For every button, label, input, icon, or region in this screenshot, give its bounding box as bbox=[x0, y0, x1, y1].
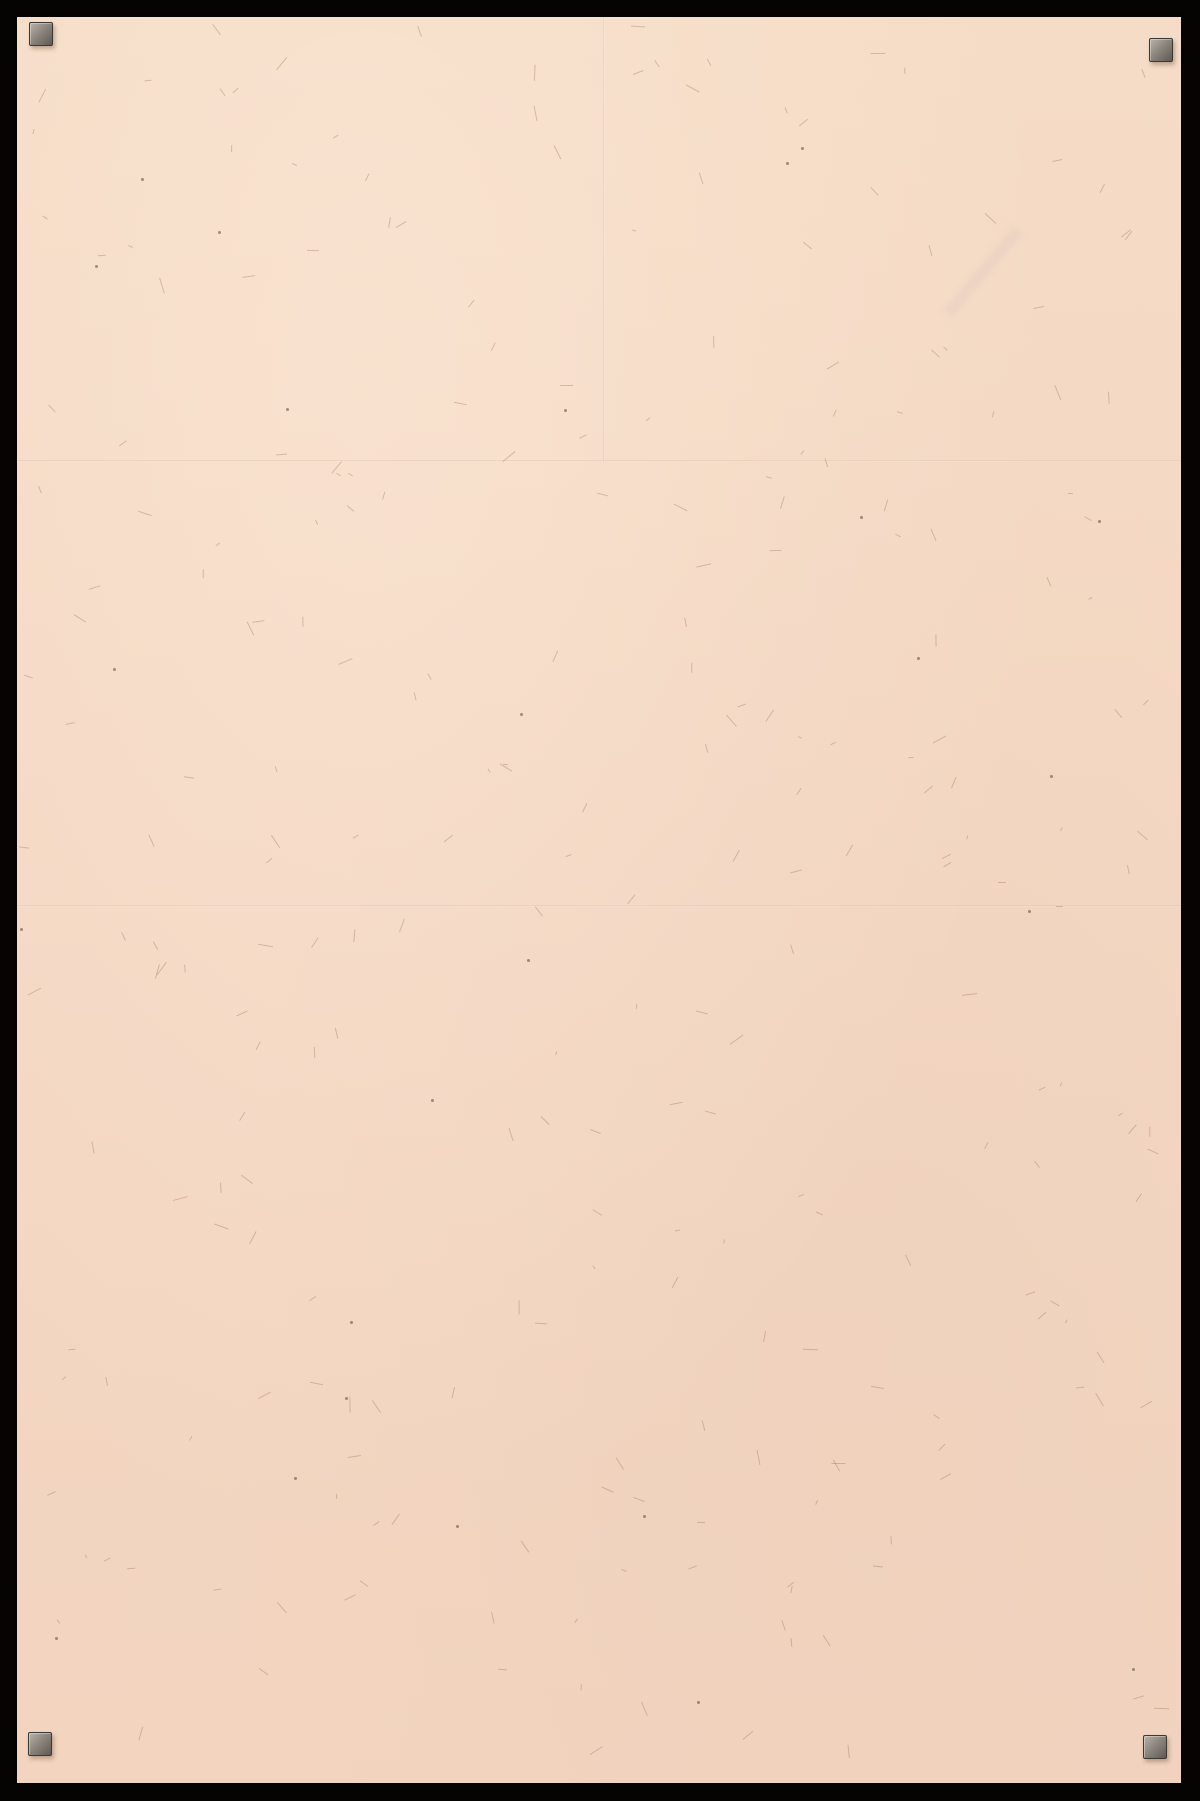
paper-fiber bbox=[816, 1212, 823, 1216]
paper-fiber bbox=[798, 1194, 804, 1197]
paper-speck bbox=[564, 409, 567, 412]
paper-fiber bbox=[675, 1229, 680, 1231]
paper-fiber bbox=[992, 411, 994, 417]
paper-fiber bbox=[871, 1385, 884, 1388]
paper-fiber bbox=[655, 60, 660, 67]
paper-fiber bbox=[57, 1619, 61, 1623]
paper-fiber bbox=[803, 1349, 818, 1351]
paper-fiber bbox=[519, 1300, 520, 1314]
paper-fiber bbox=[833, 1460, 840, 1472]
paper-fiber bbox=[360, 1580, 368, 1586]
paper-fiber bbox=[1148, 1149, 1159, 1155]
paper-fiber bbox=[696, 563, 711, 567]
paper-fiber bbox=[1047, 577, 1051, 586]
paper-fiber bbox=[1060, 1082, 1063, 1086]
paper-fiber bbox=[904, 68, 905, 74]
paper-fiber bbox=[1056, 906, 1063, 907]
paper-fiber bbox=[780, 496, 785, 509]
paper-speck bbox=[527, 959, 530, 962]
paper-fiber bbox=[684, 618, 687, 627]
paper-fiber bbox=[645, 418, 650, 422]
paper-fiber bbox=[236, 1010, 247, 1016]
paper-fiber bbox=[382, 491, 385, 499]
paper-fiber bbox=[492, 1612, 495, 1624]
paper-fiber bbox=[417, 26, 422, 37]
paper-fiber bbox=[566, 854, 572, 857]
paper-fiber bbox=[24, 675, 32, 679]
paper-fiber bbox=[454, 402, 467, 405]
paper-fiber bbox=[303, 616, 304, 626]
paper-speck bbox=[860, 516, 863, 519]
paper-fiber bbox=[277, 57, 288, 70]
paper-fiber bbox=[633, 70, 643, 75]
paper-fiber bbox=[1068, 493, 1073, 494]
paper-fiber bbox=[334, 1028, 338, 1039]
paper-fiber bbox=[582, 803, 587, 812]
paper-fiber bbox=[98, 255, 106, 257]
paper-fiber bbox=[1076, 1387, 1084, 1389]
horizontal-fold-line-upper bbox=[17, 460, 1181, 462]
paper-fiber bbox=[174, 1196, 189, 1201]
paper-fiber bbox=[670, 1102, 682, 1105]
paper-fiber bbox=[27, 987, 41, 995]
paper-fiber bbox=[756, 1450, 760, 1465]
paper-fiber bbox=[702, 1420, 706, 1431]
paper-speck bbox=[786, 162, 789, 165]
paper-fiber bbox=[1133, 1695, 1144, 1699]
paper-speck bbox=[801, 147, 804, 150]
paper-fiber bbox=[815, 1500, 818, 1505]
paper-fiber bbox=[92, 1142, 95, 1154]
paper-fiber bbox=[241, 1175, 253, 1184]
paper-fiber bbox=[184, 776, 194, 778]
paper-fiber bbox=[941, 1473, 952, 1479]
paper-fiber bbox=[1097, 1351, 1105, 1363]
paper-fiber bbox=[766, 710, 774, 722]
paper-fiber bbox=[553, 651, 559, 663]
paper-speck bbox=[55, 1637, 58, 1640]
paper-fiber bbox=[267, 858, 273, 863]
paper-fiber bbox=[823, 1635, 831, 1647]
paper-fiber bbox=[672, 1277, 678, 1288]
paper-fiber bbox=[118, 440, 126, 446]
paper-speck bbox=[294, 1477, 297, 1480]
paper-fiber bbox=[705, 744, 708, 753]
paper-speck bbox=[1050, 775, 1053, 778]
paper-fiber bbox=[985, 1143, 989, 1149]
paper-fiber bbox=[905, 1255, 911, 1267]
paper-speck bbox=[218, 231, 221, 234]
paper-fiber bbox=[574, 1619, 578, 1623]
paper-fiber bbox=[336, 1494, 337, 1499]
paper-fiber bbox=[743, 1731, 754, 1740]
paper-fiber bbox=[307, 249, 319, 250]
paper-fiber bbox=[951, 777, 956, 788]
paper-fiber bbox=[148, 835, 154, 847]
paper-fiber bbox=[48, 405, 55, 413]
paper-fiber bbox=[641, 1702, 648, 1716]
paper-speck bbox=[95, 265, 98, 268]
paper-speck bbox=[520, 713, 523, 716]
paper-fiber bbox=[707, 59, 712, 67]
paper-speck bbox=[456, 1525, 459, 1528]
paper-fiber bbox=[846, 845, 853, 857]
paper-fiber bbox=[936, 634, 937, 646]
paper-fiber bbox=[636, 1003, 637, 1008]
paper-fiber bbox=[364, 173, 369, 181]
paper-fiber bbox=[924, 786, 933, 794]
paper-speck bbox=[141, 178, 144, 181]
paper-fiber bbox=[232, 88, 238, 93]
paper-fiber bbox=[998, 882, 1006, 883]
paper-fiber bbox=[104, 1557, 110, 1561]
paper-fiber bbox=[560, 385, 573, 386]
paper-fiber bbox=[593, 1209, 602, 1215]
paper-fiber bbox=[1114, 709, 1122, 718]
paper-fiber bbox=[258, 1392, 271, 1400]
paper-fiber bbox=[1060, 828, 1063, 832]
paper-fiber bbox=[444, 834, 453, 841]
paper-fiber bbox=[32, 129, 34, 134]
paper-speck bbox=[20, 928, 23, 931]
vertical-fold-line bbox=[603, 17, 605, 462]
paper-speck bbox=[917, 657, 920, 660]
paper-fiber bbox=[540, 1116, 549, 1125]
paper-speck bbox=[350, 1321, 353, 1324]
paper-fiber bbox=[139, 1727, 144, 1740]
paper-fiber bbox=[533, 65, 535, 81]
paper-fiber bbox=[353, 834, 358, 838]
horizontal-fold-line-lower bbox=[17, 905, 1181, 907]
paper-fiber bbox=[508, 1128, 513, 1142]
paper-fiber bbox=[873, 1566, 883, 1568]
paper-fiber bbox=[145, 80, 152, 82]
paper-fiber bbox=[231, 145, 232, 152]
paper-fiber bbox=[870, 187, 878, 196]
paper-fiber bbox=[535, 906, 543, 916]
paper-fiber bbox=[488, 768, 491, 772]
paper-fiber bbox=[1084, 516, 1091, 521]
paper-fiber bbox=[315, 519, 318, 524]
paper-fiber bbox=[247, 622, 254, 636]
magnet-top-right bbox=[1149, 38, 1173, 62]
paper-speck bbox=[431, 1099, 434, 1102]
paper-fiber bbox=[1127, 865, 1130, 874]
paper-fiber bbox=[1038, 1312, 1047, 1320]
paper-fiber bbox=[219, 88, 225, 96]
paper-fiber bbox=[38, 486, 42, 494]
paper-fiber bbox=[581, 1684, 582, 1690]
paper-fiber bbox=[399, 919, 405, 932]
paper-fiber bbox=[766, 477, 772, 479]
magnet-top-left bbox=[29, 22, 53, 46]
paper-speck bbox=[643, 1515, 646, 1518]
paper-fiber bbox=[258, 943, 273, 947]
paper-fiber bbox=[468, 300, 474, 308]
paper-fiber bbox=[724, 1239, 726, 1243]
paper-fiber bbox=[933, 1414, 939, 1419]
paper-fiber bbox=[252, 620, 264, 623]
paper-fiber bbox=[249, 1231, 256, 1244]
paper-fiber bbox=[256, 1042, 261, 1050]
paper-fiber bbox=[128, 245, 133, 248]
paper-fiber bbox=[696, 1010, 708, 1014]
paper-fiber bbox=[1052, 159, 1062, 162]
paper-fiber bbox=[139, 511, 153, 517]
paper-fiber bbox=[966, 835, 968, 839]
paper-fiber bbox=[85, 1554, 88, 1558]
paper-fiber bbox=[353, 929, 355, 942]
paper-fiber bbox=[1154, 1707, 1169, 1709]
paper-fiber bbox=[555, 1051, 557, 1055]
paper-fiber bbox=[348, 1455, 361, 1458]
paper-fiber bbox=[1033, 306, 1044, 309]
paper-fiber bbox=[414, 693, 417, 701]
paper-fiber bbox=[535, 1322, 547, 1324]
paper-fiber bbox=[1039, 1086, 1045, 1090]
paper-fiber bbox=[597, 493, 608, 497]
paper-fiber bbox=[763, 1331, 766, 1342]
paper-fiber bbox=[633, 1496, 645, 1501]
paper-fiber bbox=[697, 1522, 705, 1523]
paper-fiber bbox=[127, 1567, 135, 1568]
paper-fiber bbox=[159, 278, 165, 293]
paper-speck bbox=[1132, 1668, 1135, 1671]
paper-fiber bbox=[590, 1746, 603, 1755]
paper-fiber bbox=[89, 585, 100, 589]
paper-fiber bbox=[38, 89, 46, 103]
paper-fiber bbox=[336, 473, 341, 477]
paper-fiber bbox=[220, 1183, 222, 1193]
paper-fiber bbox=[691, 663, 692, 673]
paper-fiber bbox=[726, 715, 736, 727]
paper-fiber bbox=[1099, 183, 1105, 193]
paper-fiber bbox=[1128, 1124, 1137, 1134]
paper-fiber bbox=[884, 500, 888, 512]
paper-fiber bbox=[830, 741, 836, 745]
paper-speck bbox=[345, 1397, 348, 1400]
poster-back bbox=[17, 17, 1181, 1783]
paper-fiber bbox=[19, 846, 29, 848]
paper-fiber bbox=[601, 1487, 613, 1493]
paper-fiber bbox=[1136, 1193, 1142, 1202]
paper-fiber bbox=[1141, 1401, 1152, 1408]
paper-fiber bbox=[239, 1112, 245, 1121]
paper-fiber bbox=[105, 1377, 108, 1386]
paper-fiber bbox=[698, 173, 703, 185]
paper-fiber bbox=[689, 1565, 698, 1569]
paper-fiber bbox=[427, 673, 431, 679]
paper-fiber bbox=[554, 145, 562, 159]
paper-speck bbox=[1028, 910, 1031, 913]
paper-fiber bbox=[674, 503, 688, 511]
paper-fiber bbox=[931, 350, 940, 358]
paper-fiber bbox=[271, 835, 280, 848]
paper-fiber bbox=[1142, 700, 1148, 706]
paper-fiber bbox=[802, 242, 811, 250]
paper-fiber bbox=[153, 941, 158, 949]
paper-fiber bbox=[592, 1266, 595, 1270]
paper-fiber bbox=[933, 736, 947, 744]
paper-fiber bbox=[928, 245, 932, 256]
paper-speck bbox=[113, 668, 116, 671]
paper-fiber bbox=[790, 1586, 792, 1593]
paper-fiber bbox=[42, 216, 48, 220]
paper-fiber bbox=[259, 1668, 268, 1675]
paper-fiber bbox=[791, 1638, 793, 1647]
paper-fiber bbox=[277, 1602, 287, 1613]
paper-fiber bbox=[1137, 831, 1148, 840]
paper-fiber bbox=[909, 757, 914, 758]
paper-fiber bbox=[312, 937, 319, 947]
paper-fiber bbox=[705, 1111, 716, 1115]
paper-fiber bbox=[276, 453, 287, 455]
paper-fiber bbox=[391, 1514, 400, 1525]
paper-fiber bbox=[796, 788, 801, 795]
paper-fiber bbox=[69, 1349, 76, 1351]
paper-fiber bbox=[451, 1387, 454, 1398]
paper-fiber bbox=[292, 163, 297, 166]
paper-fiber bbox=[591, 1129, 601, 1134]
paper-fiber bbox=[897, 411, 903, 414]
paper-fiber bbox=[798, 736, 802, 739]
paper-fiber bbox=[895, 533, 901, 537]
paper-fiber bbox=[938, 1444, 945, 1452]
paper-speck bbox=[1098, 520, 1101, 523]
paper-fiber bbox=[631, 26, 645, 28]
paper-fiber bbox=[985, 213, 997, 224]
paper-fiber bbox=[189, 1436, 192, 1441]
paper-fiber bbox=[184, 964, 186, 972]
paper-fiber bbox=[616, 1457, 624, 1469]
paper-fiber bbox=[66, 722, 75, 725]
paper-fiber bbox=[941, 854, 951, 860]
paper-fiber bbox=[790, 945, 794, 955]
paper-speck bbox=[286, 408, 289, 411]
paper-fiber bbox=[388, 217, 391, 228]
paper-fiber bbox=[309, 1296, 316, 1301]
magnet-bottom-left bbox=[28, 1732, 52, 1756]
paper-fiber bbox=[314, 1047, 315, 1058]
paper-fiber bbox=[212, 24, 221, 35]
paper-fiber bbox=[1118, 1112, 1123, 1116]
paper-fiber bbox=[372, 1400, 381, 1413]
paper-fiber bbox=[871, 53, 886, 54]
paper-fiber bbox=[214, 1588, 222, 1590]
paper-fiber bbox=[344, 1594, 355, 1600]
paper-fiber bbox=[521, 1540, 530, 1552]
paper-fiber bbox=[214, 1224, 228, 1230]
paper-fiber bbox=[784, 107, 787, 113]
paper-fiber bbox=[348, 473, 352, 476]
paper-fiber bbox=[733, 850, 740, 862]
paper-fiber bbox=[374, 1522, 380, 1527]
paper-fiber bbox=[47, 1491, 56, 1496]
paper-speck bbox=[697, 1701, 700, 1704]
paper-fiber bbox=[203, 570, 204, 579]
paper-fiber bbox=[737, 704, 746, 708]
paper-fiber bbox=[333, 135, 338, 139]
paper-fiber bbox=[770, 550, 782, 551]
paper-fiber bbox=[121, 932, 126, 941]
paper-fiber bbox=[579, 434, 586, 438]
paper-fiber bbox=[339, 659, 353, 666]
paper-fiber bbox=[730, 1034, 743, 1044]
paper-fiber bbox=[944, 862, 952, 868]
paper-fiber bbox=[215, 543, 220, 547]
paper-fiber bbox=[827, 361, 839, 369]
paper-fiber bbox=[1096, 1393, 1105, 1406]
paper-fiber bbox=[931, 528, 937, 540]
paper-fiber bbox=[349, 1397, 350, 1413]
paper-fiber bbox=[275, 766, 278, 772]
paper-fiber bbox=[1034, 1160, 1040, 1167]
paper-fiber bbox=[1025, 1291, 1035, 1295]
paper-fiber bbox=[832, 1463, 846, 1464]
paper-fiber bbox=[498, 1669, 507, 1671]
paper-fiber bbox=[621, 1568, 627, 1571]
paper-fiber bbox=[347, 505, 355, 511]
paper-fiber bbox=[713, 336, 714, 348]
paper-smudge bbox=[943, 226, 1023, 318]
paper-fiber bbox=[1149, 1127, 1150, 1137]
paper-fiber bbox=[1108, 391, 1110, 403]
paper-fiber bbox=[799, 119, 808, 127]
magnet-bottom-right bbox=[1143, 1735, 1167, 1759]
paper-fiber bbox=[790, 870, 802, 874]
paper-fiber bbox=[61, 1376, 66, 1381]
paper-fiber bbox=[310, 1382, 323, 1386]
paper-fiber bbox=[491, 343, 496, 351]
paper-fiber bbox=[396, 221, 407, 228]
paper-fiber bbox=[781, 1620, 785, 1631]
paper-fiber bbox=[833, 410, 837, 417]
paper-fiber bbox=[1054, 385, 1061, 400]
paper-fiber bbox=[1088, 597, 1092, 600]
paper-fiber bbox=[962, 993, 977, 996]
paper-fiber bbox=[242, 275, 255, 278]
paper-fiber bbox=[534, 106, 538, 121]
paper-fiber bbox=[1051, 1300, 1060, 1306]
paper-fiber bbox=[800, 450, 804, 454]
paper-fiber bbox=[1141, 69, 1145, 78]
paper-fiber bbox=[627, 894, 636, 904]
paper-fiber bbox=[74, 614, 86, 622]
paper-fiber bbox=[1065, 1319, 1068, 1323]
paper-fiber bbox=[632, 229, 636, 231]
paper-fiber bbox=[891, 1536, 893, 1544]
paper-fiber bbox=[686, 85, 700, 93]
paper-fiber bbox=[943, 346, 947, 350]
paper-fiber bbox=[848, 1745, 850, 1758]
